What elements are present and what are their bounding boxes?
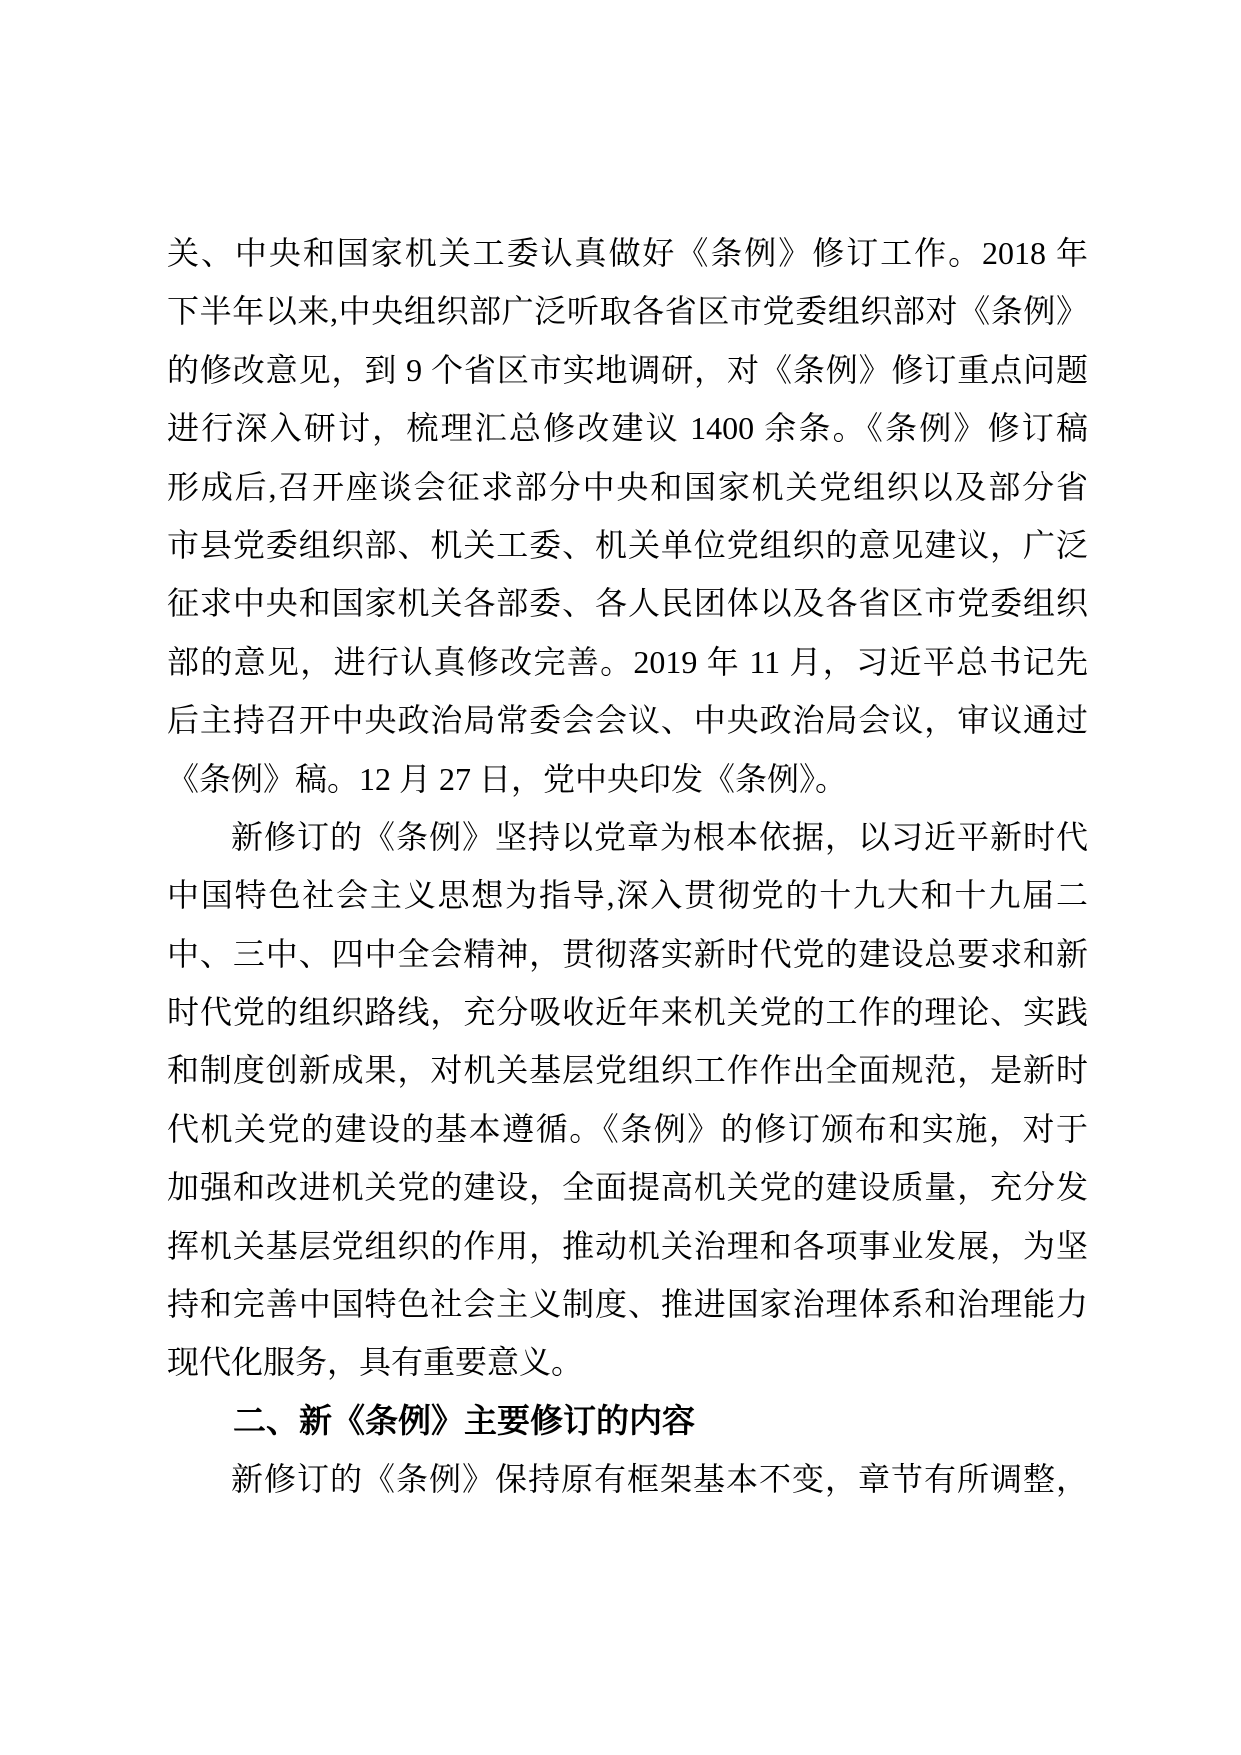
text-line: 加强和改进机关党的建设，全面提高机关党的建设质量，充分发 (167, 1158, 1088, 1216)
text-line: 后主持召开中央政治局常委会会议、中央政治局会议，审议通过 (167, 691, 1088, 749)
text-line: 《条例》稿。12 月 27 日，党中央印发《条例》。 (167, 750, 1088, 808)
text-line: 的修改意见，到 9 个省区市实地调研，对《条例》修订重点问题 (167, 341, 1088, 399)
text-line: 部的意见，进行认真修改完善。2019 年 11 月，习近平总书记先 (167, 633, 1088, 691)
text-line: 代机关党的建设的基本遵循。《条例》的修订颁布和实施，对于 (167, 1100, 1088, 1158)
text-line: 进行深入研讨，梳理汇总修改建议 1400 余条。《条例》修订稿 (167, 399, 1088, 457)
text-line: 挥机关基层党组织的作用，推动机关治理和各项事业发展，为坚 (167, 1217, 1088, 1275)
document-text-block: 关、中央和国家机关工委认真做好《条例》修订工作。2018 年下半年以来,中央组织… (167, 224, 1088, 1509)
text-line: 形成后,召开座谈会征求部分中央和国家机关党组织以及部分省 (167, 458, 1088, 516)
text-line: 现代化服务，具有重要意义。 (167, 1333, 1088, 1391)
text-line: 时代党的组织路线，充分吸收近年来机关党的工作的理论、实践 (167, 983, 1088, 1041)
text-line: 中、三中、四中全会精神，贯彻落实新时代党的建设总要求和新 (167, 925, 1088, 983)
text-line: 中国特色社会主义思想为指导,深入贯彻党的十九大和十九届二 (167, 866, 1088, 924)
text-line: 征求中央和国家机关各部委、各人民团体以及各省区市党委组织 (167, 574, 1088, 632)
document-page: 关、中央和国家机关工委认真做好《条例》修订工作。2018 年下半年以来,中央组织… (0, 0, 1241, 1755)
text-line: 关、中央和国家机关工委认真做好《条例》修订工作。2018 年 (167, 224, 1088, 282)
text-line: 新修订的《条例》保持原有框架基本不变，章节有所调整， (167, 1450, 1088, 1508)
text-line: 持和完善中国特色社会主义制度、推进国家治理体系和治理能力 (167, 1275, 1088, 1333)
text-line: 下半年以来,中央组织部广泛听取各省区市党委组织部对《条例》 (167, 282, 1088, 340)
section-heading: 二、新《条例》主要修订的内容 (167, 1392, 1088, 1450)
text-line: 新修订的《条例》坚持以党章为根本依据，以习近平新时代 (167, 808, 1088, 866)
text-line: 市县党委组织部、机关工委、机关单位党组织的意见建议，广泛 (167, 516, 1088, 574)
text-line: 和制度创新成果，对机关基层党组织工作作出全面规范，是新时 (167, 1041, 1088, 1099)
